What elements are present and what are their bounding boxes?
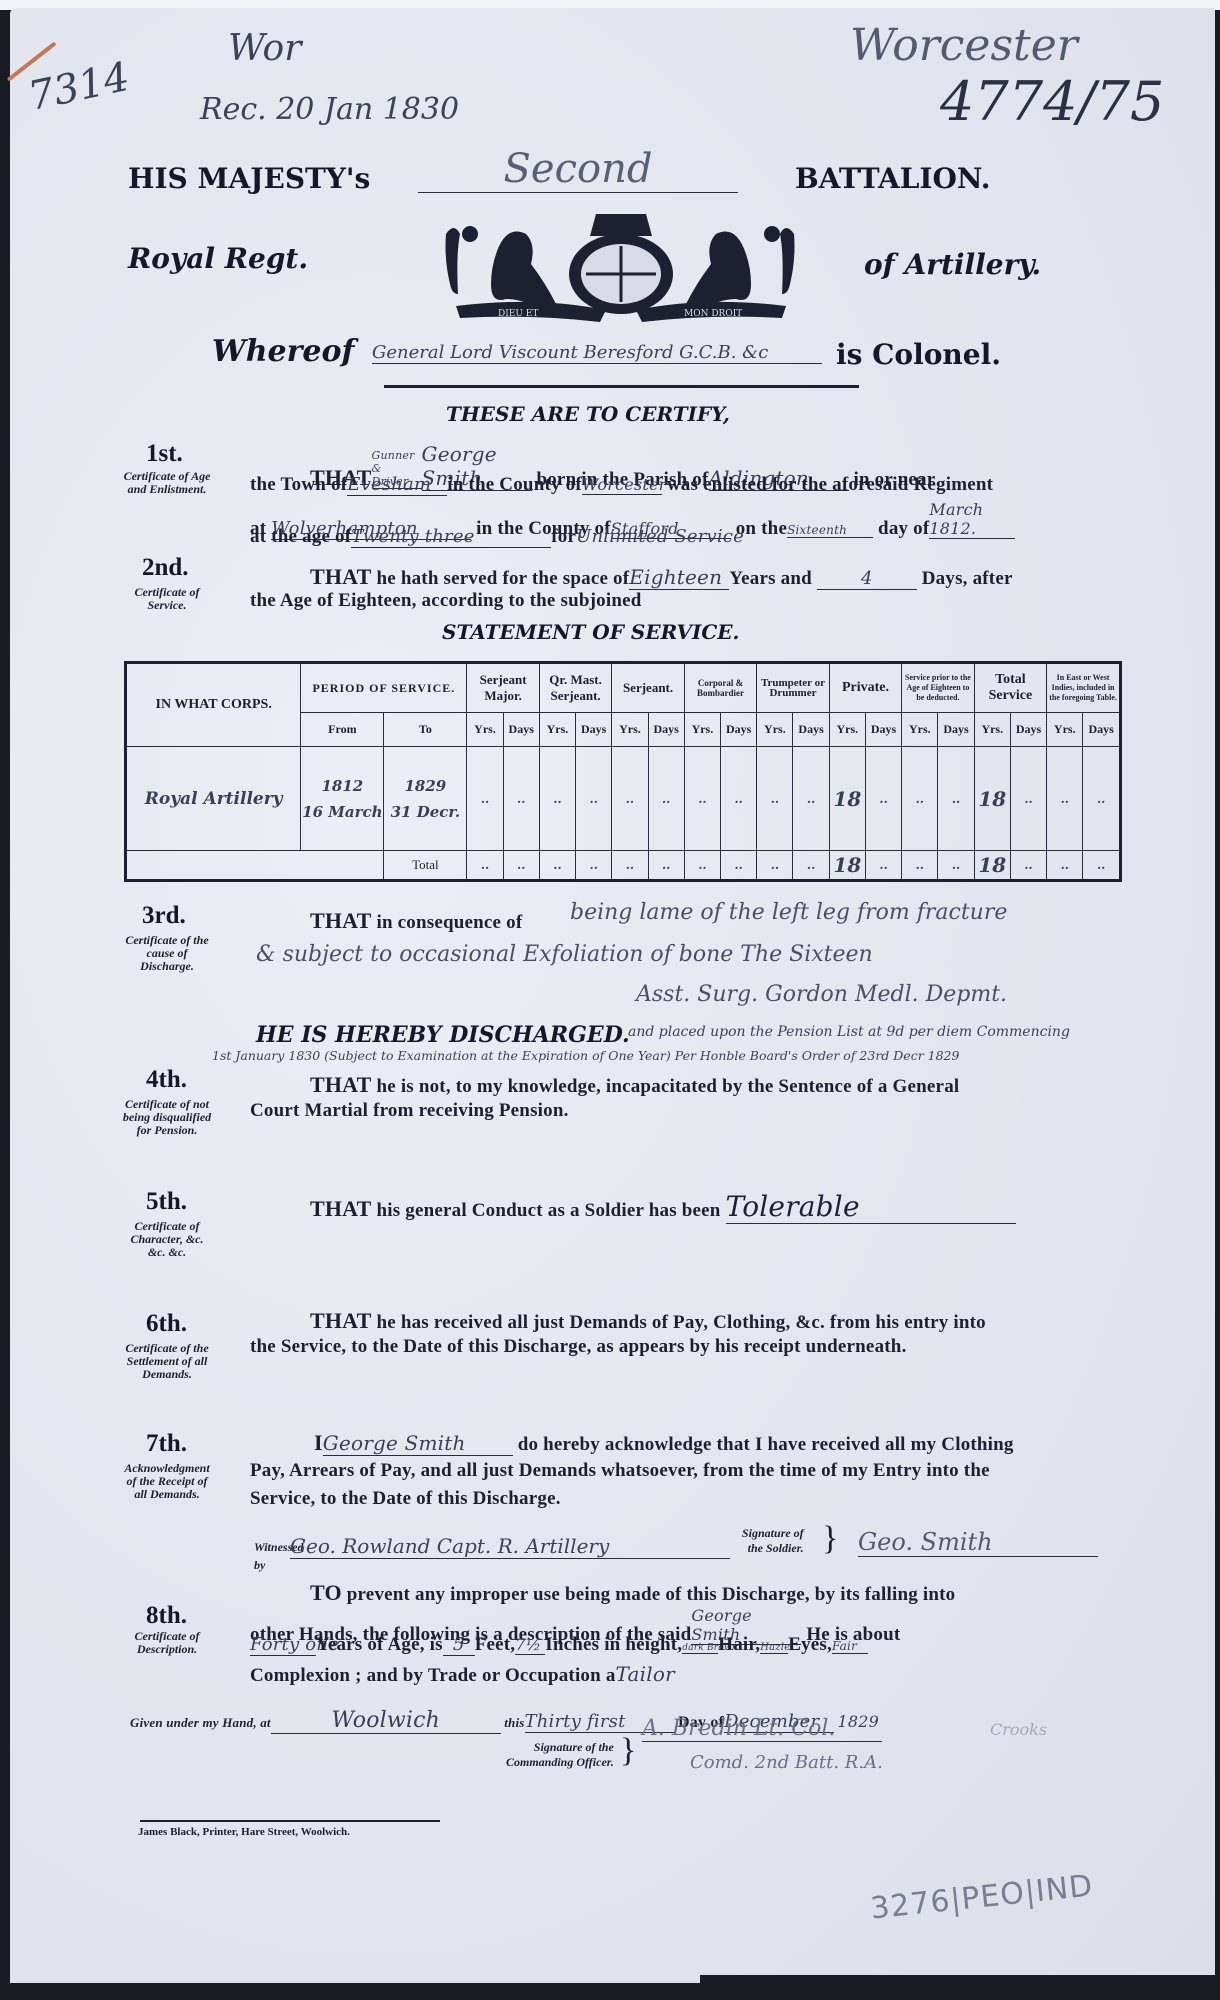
total-label: Total [384,851,467,881]
table-cell: .. [1047,747,1083,851]
table-cell: 18 [974,747,1010,851]
co-signature: A. Bredin Lt. Col. [642,1716,882,1742]
days-header: Days [1010,713,1046,747]
table-cell: .. [539,747,575,851]
section-3-label: Certificate of the cause of Discharge. [122,934,212,973]
certify-title: THESE ARE TO CERTIFY, [446,402,730,426]
total-cell: .. [503,851,539,881]
yrs-header: Yrs. [1047,713,1083,747]
table-row: Royal Artillery 181216 March 182931 Decr… [126,747,1121,851]
total-cell: .. [721,851,757,881]
yrs-header: Yrs. [684,713,720,747]
section-5-line-1: THAT his general Conduct as a Soldier ha… [310,1190,1016,1224]
section-5-label: Certificate of Character, &c. &c. &c. [122,1220,212,1259]
total-cell: .. [684,851,720,881]
total-cell: 18 [829,851,865,881]
total-cell: .. [902,851,938,881]
col-period: PERIOD OF SERVICE. [301,663,467,713]
ref-note: Wor [228,28,301,69]
section-2-number: 2nd. [142,554,189,582]
table-header-row: IN WHAT CORPS. PERIOD OF SERVICE. Serjea… [126,663,1121,713]
table-cell: .. [902,747,938,851]
pension-note-line-1: and placed upon the Pension List at 9d p… [628,1024,1070,1040]
file-ref: 4774/75 [940,70,1164,133]
yrs-header: Yrs. [829,713,865,747]
royal-coat-of-arms-icon: DIEU ET MON DROIT [436,214,806,326]
section-2-line-2: the Age of Eighteen, according to the su… [250,590,642,612]
statement-title: STATEMENT OF SERVICE. [442,620,739,644]
table-cell: .. [576,747,612,851]
section-4-label: Certificate of not being disqualified fo… [122,1098,212,1137]
section-6-label: Certificate of the Settlement of all Dem… [122,1342,212,1381]
table-cell: .. [757,747,793,851]
header-rule [384,385,859,388]
yrs-header: Yrs. [902,713,938,747]
days-header: Days [793,713,829,747]
yrs-header: Yrs. [612,713,648,747]
hereby-discharged: HE IS HEREBY DISCHARGED. [256,1022,630,1048]
section-1-number: 1st. [146,440,183,468]
table-cell: .. [503,747,539,851]
total-spacer [301,851,384,881]
royal-regt: Royal Regt. [128,242,308,275]
total-cell: .. [757,851,793,881]
table-cell: .. [793,747,829,851]
table-total-row: Total ....................18......18....… [126,851,1121,881]
col-corporal: Corporal & Bombardier [684,663,756,713]
is-colonel: is Colonel. [836,338,1001,371]
photo-background-bottom [700,1975,1220,2000]
battalion-label: BATTALION. [795,162,990,195]
yrs-header: Yrs. [467,713,503,747]
statement-of-service-table: IN WHAT CORPS. PERIOD OF SERVICE. Serjea… [124,661,1122,882]
section-6-line-1: THAT he has received all just Demands of… [310,1308,986,1334]
yrs-header: Yrs. [757,713,793,747]
col-total-service: Total Service [974,663,1046,713]
motto-right: MON DROIT [684,309,742,319]
total-cell: .. [1010,851,1046,881]
section-1-line-2: the Town ofEveshamin the County ofWorces… [250,474,993,496]
section-8-label: Certificate of Description. [122,1630,212,1656]
section-8-line-4: Complexion ; and by Trade or Occupation … [250,1662,675,1687]
col-from: From [301,713,384,747]
days-header: Days [648,713,684,747]
total-cell: .. [793,851,829,881]
section-4-line-2: Court Martial from receiving Pension. [250,1100,569,1122]
section-7-line-2: Pay, Arrears of Pay, and all just Demand… [250,1460,990,1482]
soldier-signature-label: Signature ofthe Soldier. [742,1526,804,1556]
section-8-line-3: Forty oneYears of Age, is5Feet,7½Inches … [250,1634,868,1656]
days-header: Days [865,713,901,747]
section-6-line-2: the Service, to the Date of this Dischar… [250,1336,907,1358]
total-cell: .. [1083,851,1121,881]
section-2-label: Certificate of Service. [122,586,212,612]
section-8-line-1: TO prevent any improper use being made o… [310,1580,955,1606]
section-1-label: Certificate of Age and Enlistment. [122,470,212,496]
days-header: Days [1083,713,1121,747]
col-indies: In East or West Indies, included in the … [1047,663,1121,713]
discharge-cause-line-3: Asst. Surg. Gordon Medl. Depmt. [636,982,1007,1007]
co-faint-note: Crooks [990,1720,1047,1739]
row-corps: Royal Artillery [126,747,301,851]
total-cell: .. [539,851,575,881]
total-cell: .. [467,851,503,881]
section-7-line-1: IGeorge Smith do hereby acknowledge that… [314,1430,1014,1456]
colonel-name: General Lord Viscount Beresford G.C.B. &… [372,342,822,364]
discharge-cause-line-2: & subject to occasional Exfoliation of b… [256,942,873,967]
table-cell: .. [1010,747,1046,851]
table-cell: .. [467,747,503,851]
yrs-header: Yrs. [539,713,575,747]
row-from: 181216 March [301,747,384,851]
days-header: Days [503,713,539,747]
co-signature-line-2: Comd. 2nd Batt. R.A. [690,1752,883,1773]
days-header: Days [721,713,757,747]
section-4-line-1: THAT he is not, to my knowledge, incapac… [310,1072,959,1098]
section-3-line-1: THAT in consequence of [310,908,522,934]
total-spacer [126,851,301,881]
col-qm-serjeant: Qr. Mast. Serjeant. [539,663,611,713]
printer-rule [140,1820,440,1822]
col-to: To [384,713,467,747]
county-annotation: Worcester [850,20,1078,71]
col-serjeant: Serjeant. [612,663,684,713]
conduct-value: Tolerable [726,1190,1016,1224]
table-cell: .. [684,747,720,851]
section-3-number: 3rd. [142,902,186,930]
table-cell: .. [865,747,901,851]
row-to: 182931 Decr. [384,747,467,851]
total-cell: 18 [974,851,1010,881]
brace-icon: } [822,1520,838,1558]
printer-imprint: James Black, Printer, Hare Street, Woolw… [138,1826,350,1838]
total-cell: .. [1047,851,1083,881]
witness-signature: Geo. Rowland Capt. R. Artillery [290,1534,730,1559]
his-majestys: HIS MAJESTY's [128,162,370,195]
total-cell: .. [865,851,901,881]
yrs-header: Yrs. [974,713,1010,747]
section-7-line-3: Service, to the Date of this Discharge. [250,1488,561,1510]
table-cell: .. [938,747,974,851]
soldier-signature: Geo. Smith [858,1528,1098,1557]
section-4-number: 4th. [146,1066,187,1094]
section-5-number: 5th. [146,1188,187,1216]
table-cell: 18 [829,747,865,851]
total-cell: .. [612,851,648,881]
col-private: Private. [829,663,901,713]
table-cell: .. [612,747,648,851]
col-trumpeter: Trumpeter or Drummer [757,663,829,713]
of-artillery: of Artillery. [864,248,1041,281]
table-cell: .. [721,747,757,851]
section-1-line-4: at the age ofTwenty threeforUnlimited Se… [250,526,744,548]
section-6-number: 6th. [146,1310,187,1338]
table-cell: .. [1083,747,1121,851]
section-8-number: 8th. [146,1602,187,1630]
section-2-line-1: THAT he hath served for the space ofEigh… [310,564,1013,590]
col-prior-service: Service prior to the Age of Eighteen to … [902,663,974,713]
days-header: Days [576,713,612,747]
received-date: Rec. 20 Jan 1830 [200,92,459,127]
discharge-cause-line-1: being lame of the left leg from fracture [570,900,1007,925]
motto-left: DIEU ET [498,309,538,319]
whereof: Whereof [212,334,354,369]
co-signature-label: Signature of theCommanding Officer. [506,1740,614,1770]
table-cell: .. [648,747,684,851]
col-corps: IN WHAT CORPS. [126,663,301,747]
battalion-number: Second [418,146,738,193]
col-serjeant-major: Serjeant Major. [467,663,539,713]
total-cell: .. [648,851,684,881]
section-7-label: Acknowledgment of the Receipt of all Dem… [122,1462,212,1501]
pension-note-line-2: 1st January 1830 (Subject to Examination… [212,1048,959,1063]
days-header: Days [938,713,974,747]
total-cell: .. [938,851,974,881]
brace-icon: } [620,1732,636,1770]
total-cell: .. [576,851,612,881]
section-7-number: 7th. [146,1430,187,1458]
